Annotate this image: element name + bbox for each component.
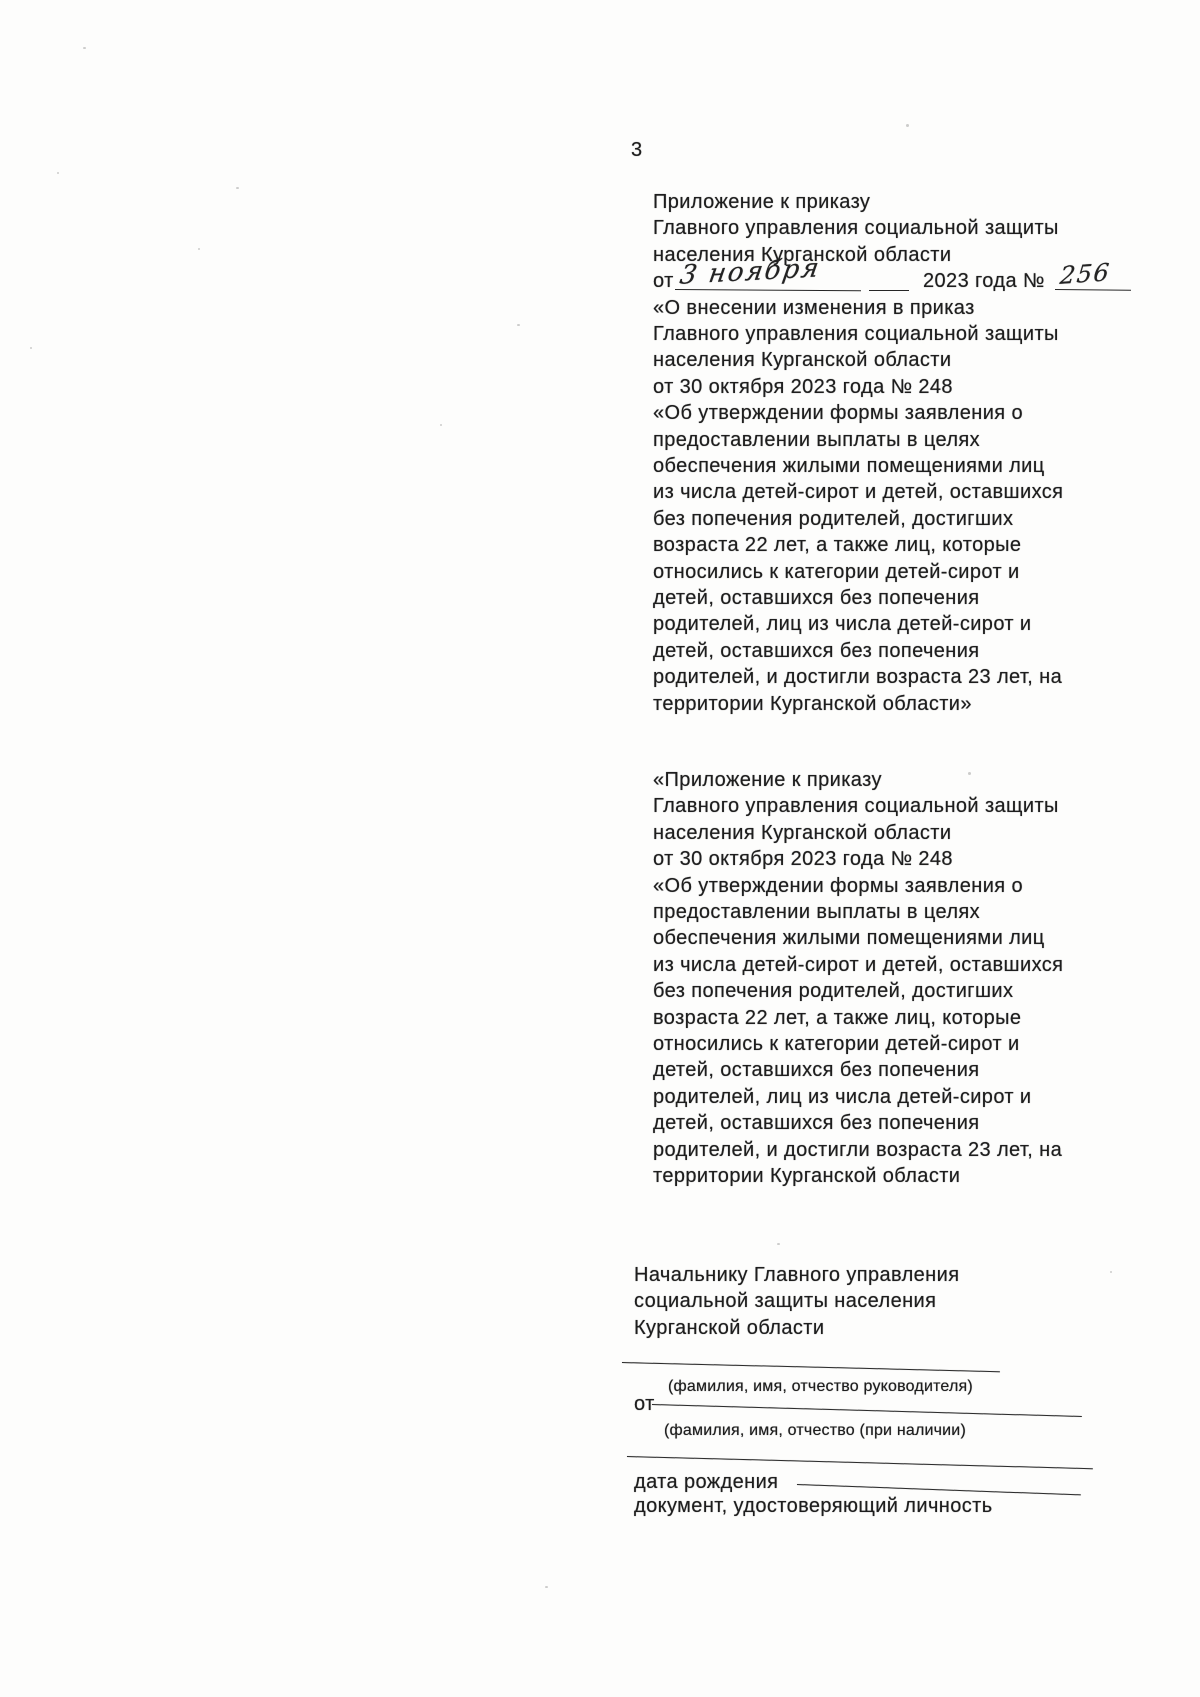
appendix-body-line: родителей, лиц из числа детей-сирот и bbox=[653, 611, 1123, 637]
appendix-second-body: «Приложение к приказуГлавного управления… bbox=[653, 767, 1123, 1190]
appendix-body-line: от 30 октября 2023 года № 248 bbox=[653, 846, 1123, 872]
appendix-body-line: предоставлении выплаты в целях bbox=[653, 427, 1123, 453]
scan-speck bbox=[198, 248, 200, 250]
appendix-body-line: от 30 октября 2023 года № 248 bbox=[653, 374, 1123, 400]
addressee-lines: Начальнику Главного управлениясоциальной… bbox=[634, 1262, 1074, 1341]
scan-speck bbox=[517, 324, 520, 326]
caption-head-name: (фамилия, имя, отчество руководителя) bbox=[668, 1374, 973, 1400]
appendix-body-line: территории Курганской области» bbox=[653, 691, 1123, 717]
appendix-body-line: предоставлении выплаты в целях bbox=[653, 899, 1123, 925]
appendix-body-line: детей, оставшихся без попечения bbox=[653, 638, 1123, 664]
handwritten-date: 3 ноября bbox=[678, 255, 823, 289]
addressee-line: социальной защиты населения bbox=[634, 1288, 1074, 1314]
appendix-body-line: без попечения родителей, достигших bbox=[653, 978, 1123, 1004]
identity-document-label: документ, удостоверяющий личность bbox=[634, 1493, 993, 1519]
appendix-body-line: возраста 22 лет, а также лиц, которые bbox=[653, 532, 1123, 558]
appendix-body-line: детей, оставшихся без попечения bbox=[653, 1057, 1123, 1083]
appendix-body-line: относились к категории детей-сирот и bbox=[653, 1031, 1123, 1057]
date-blank-line-segment bbox=[869, 290, 909, 291]
appendix-body-line: «Об утверждении формы заявления о bbox=[653, 873, 1123, 899]
scan-speck bbox=[906, 124, 909, 127]
appendix-body-line: «Об утверждении формы заявления о bbox=[653, 400, 1123, 426]
scan-speck bbox=[440, 424, 442, 426]
appendix-body-line: территории Курганской области bbox=[653, 1163, 1123, 1189]
appendix-body-line: населения Курганской области bbox=[653, 820, 1123, 846]
appendix-body-line: родителей, и достигли возраста 23 лет, н… bbox=[653, 664, 1123, 690]
caption-applicant-name: (фамилия, имя, отчество (при наличии) bbox=[664, 1418, 966, 1444]
appendix-body-line: «О внесении изменения в приказ bbox=[653, 295, 1123, 321]
number-blank-line bbox=[1055, 289, 1131, 291]
date-blank-line bbox=[675, 289, 861, 291]
scan-speck bbox=[545, 1586, 548, 1588]
appendix-body-line: без попечения родителей, достигших bbox=[653, 506, 1123, 532]
applicant-name-blank-line bbox=[652, 1404, 1082, 1417]
scan-speck bbox=[777, 1243, 780, 1245]
birth-date-label: дата рождения bbox=[634, 1469, 778, 1495]
appendix-body-line: из числа детей-сирот и детей, оставшихся bbox=[653, 952, 1123, 978]
appendix-first-body: «О внесении изменения в приказГлавного у… bbox=[653, 295, 1123, 718]
appendix-body-line: обеспечения жилыми помещениями лиц bbox=[653, 925, 1123, 951]
scan-speck bbox=[83, 47, 86, 49]
appendix-block-first: Приложение к приказуГлавного управления … bbox=[653, 189, 1123, 717]
appendix-header-line: Главного управления социальной защиты bbox=[653, 215, 1123, 241]
appendix-body-line: родителей, лиц из числа детей-сирот и bbox=[653, 1084, 1123, 1110]
appendix-body-line: детей, оставшихся без попечения bbox=[653, 1110, 1123, 1136]
appendix-header-line: Приложение к приказу bbox=[653, 189, 1123, 215]
appendix-body-line: детей, оставшихся без попечения bbox=[653, 585, 1123, 611]
appendix-first-header: Приложение к приказуГлавного управления … bbox=[653, 189, 1123, 268]
scan-speck bbox=[57, 172, 59, 174]
addressee-line: Курганской области bbox=[634, 1315, 1074, 1341]
scan-speck bbox=[236, 187, 239, 189]
appendix-body-line: «Приложение к приказу bbox=[653, 767, 1123, 793]
addressee-line: Начальнику Главного управления bbox=[634, 1262, 1074, 1288]
appendix-body-line: обеспечения жилыми помещениями лиц bbox=[653, 453, 1123, 479]
handwritten-order-number: 256 bbox=[1059, 259, 1112, 289]
appendix-body-line: населения Курганской области bbox=[653, 347, 1123, 373]
scan-speck bbox=[968, 772, 971, 775]
appendix-body-line: возраста 22 лет, а также лиц, которые bbox=[653, 1005, 1123, 1031]
head-name-blank-line bbox=[622, 1362, 1000, 1372]
extra-blank-line bbox=[627, 1456, 1093, 1469]
scan-speck bbox=[1110, 1271, 1112, 1273]
order-date-line: от 3 ноября 2023 года № 256 bbox=[653, 268, 1123, 294]
scan-speck bbox=[30, 347, 32, 349]
from-word: от bbox=[653, 268, 674, 294]
appendix-body-line: относились к категории детей-сирот и bbox=[653, 559, 1123, 585]
appendix-block-second: «Приложение к приказуГлавного управления… bbox=[653, 767, 1123, 1190]
addressee-block: Начальнику Главного управлениясоциальной… bbox=[634, 1262, 1074, 1341]
appendix-body-line: родителей, и достигли возраста 23 лет, н… bbox=[653, 1137, 1123, 1163]
page-number: 3 bbox=[631, 137, 643, 163]
appendix-body-line: Главного управления социальной защиты bbox=[653, 321, 1123, 347]
appendix-body-line: Главного управления социальной защиты bbox=[653, 793, 1123, 819]
year-number-text: 2023 года № bbox=[923, 268, 1045, 294]
scanned-document-page: 3 Приложение к приказуГлавного управлени… bbox=[0, 0, 1200, 1697]
appendix-body-line: из числа детей-сирот и детей, оставшихся bbox=[653, 479, 1123, 505]
